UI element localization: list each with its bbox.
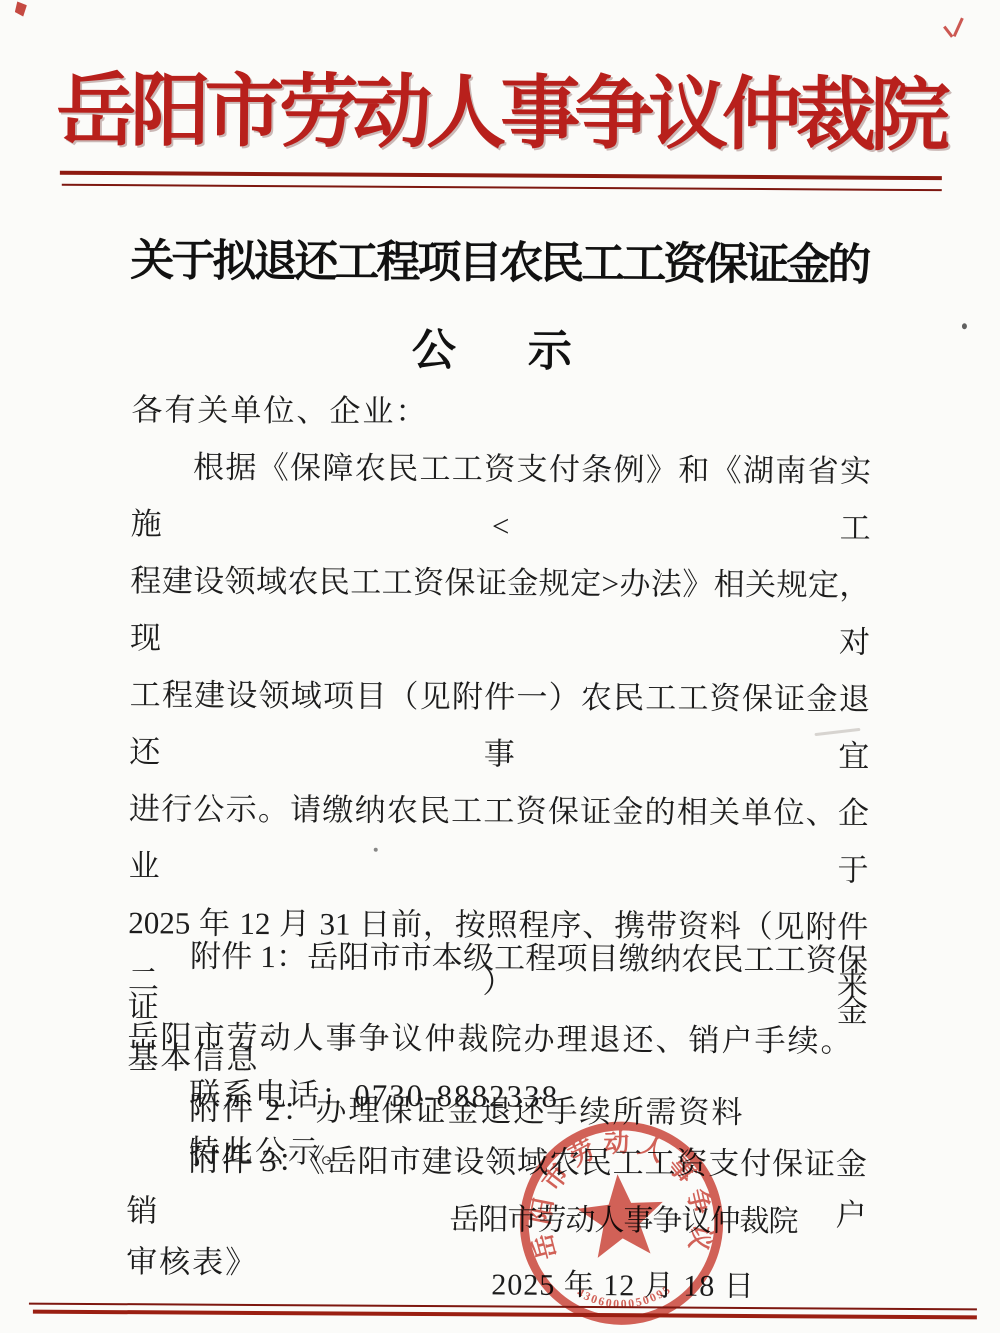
notice-title-line1: 关于拟退还工程项目农民工工资保证金的 xyxy=(0,223,1000,293)
salutation-line: 各有关单位、企业： xyxy=(131,381,871,443)
scan-artifact xyxy=(374,848,378,852)
attachment-1-line2: 基本信息 xyxy=(127,1032,867,1088)
document-sheet: 岳阳市劳动人事争议仲裁院 关于拟退还工程项目农民工工资保证金的 公 示 各有关单… xyxy=(0,0,1000,1333)
body-line: 程建设领域农民工工资保证金规定>办法》相关规定，现对 xyxy=(130,552,871,671)
letterhead-rule-thin xyxy=(62,184,942,191)
scan-artifact xyxy=(15,1,27,16)
official-seal: 岳阳市劳动人事争议仲裁院 4306000050095 xyxy=(513,1115,730,1332)
seal-star-icon xyxy=(575,1171,667,1259)
attachment-1-line1: 附件 1：岳阳市市本级工程项目缴纳农民工工资保证金 xyxy=(128,930,869,1037)
scan-artifact xyxy=(962,323,967,329)
notice-title-line2: 公 示 xyxy=(0,311,999,381)
letterhead-title: 岳阳市劳动人事争议仲裁院 xyxy=(0,45,1000,166)
letterhead-rule-thick xyxy=(60,171,942,180)
scan-artifact xyxy=(945,17,971,39)
footer-rule-thick xyxy=(33,1310,977,1320)
body-line: 工程建设领域项目（见附件一）农民工工资保证金退还事宜 xyxy=(129,666,870,785)
body-line: 根据《保障农民工工资支付条例》和《湖南省实施<工 xyxy=(131,438,872,557)
attachment-2: 附件 2：办理保证金退还手续所需资料 xyxy=(127,1083,867,1139)
body-line: 进行公示。请缴纳农民工工资保证金的相关单位、企业于 xyxy=(128,780,869,899)
